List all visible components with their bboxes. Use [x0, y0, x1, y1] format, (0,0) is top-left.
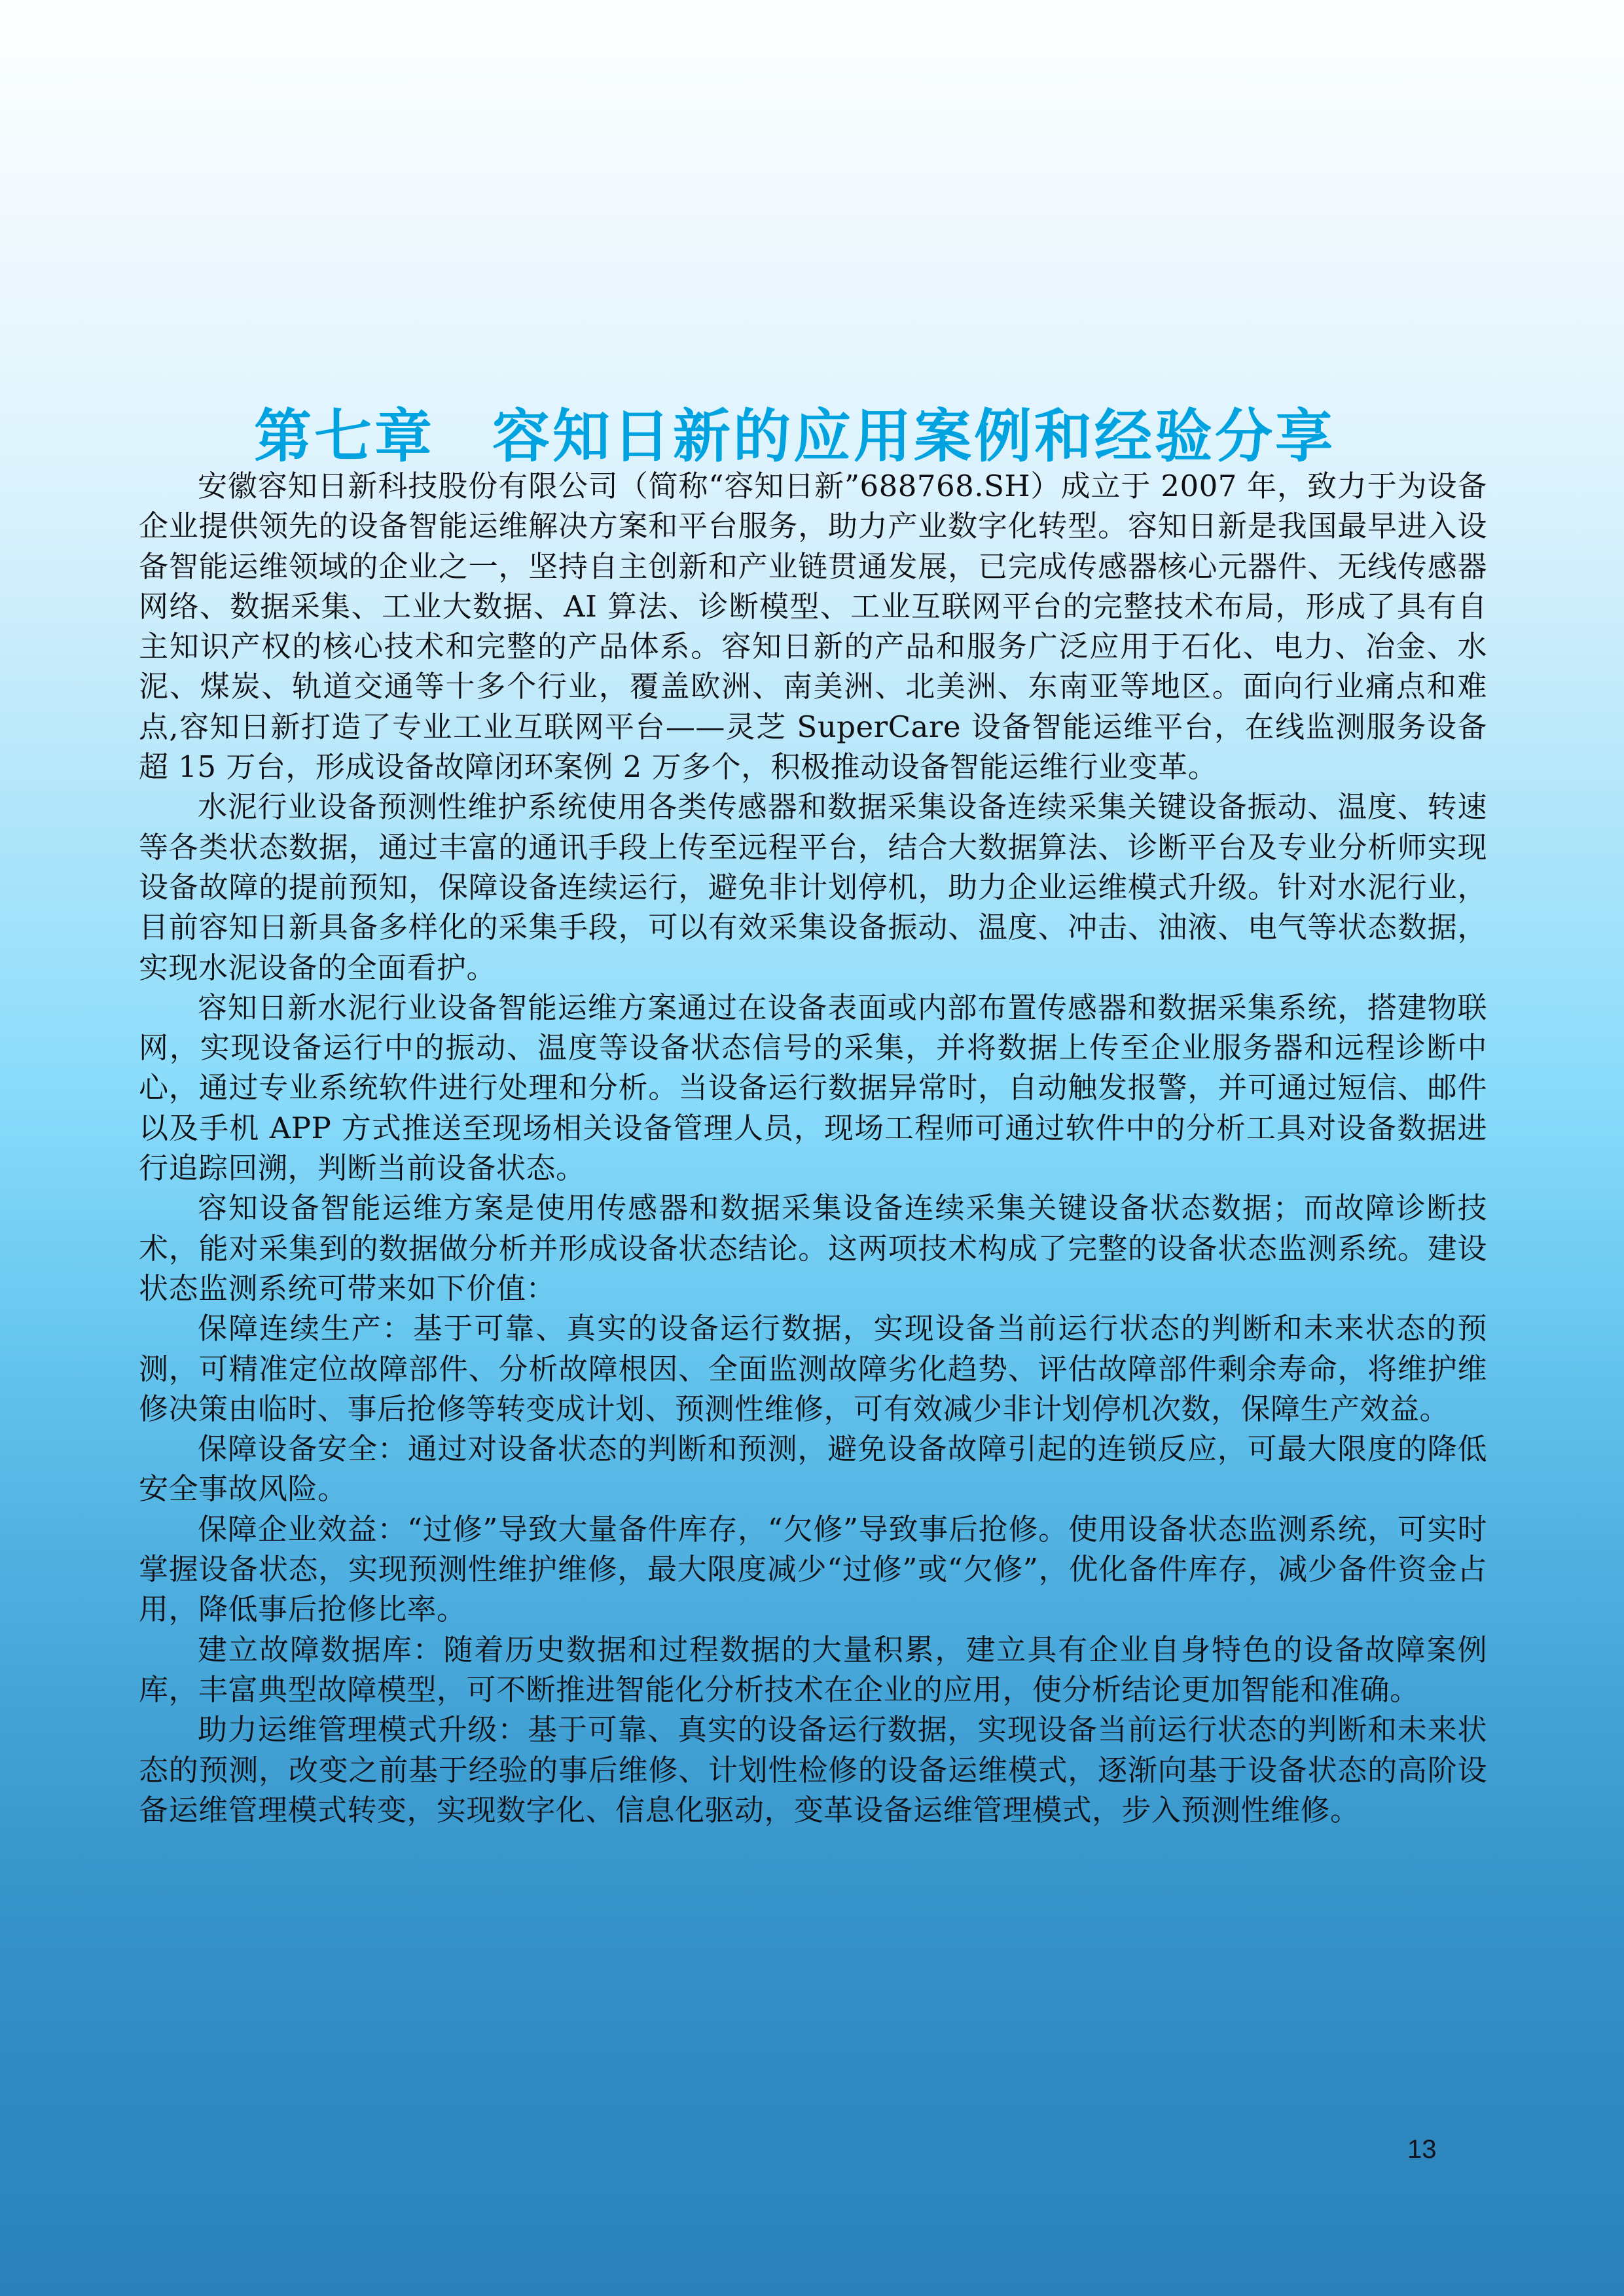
paragraph: 水泥行业设备预测性维护系统使用各类传感器和数据采集设备连续采集关键设备振动、温度… [139, 787, 1487, 987]
paragraph: 容知日新水泥行业设备智能运维方案通过在设备表面或内部布置传感器和数据采集系统，搭… [139, 988, 1487, 1188]
paragraph: 保障连续生产：基于可靠、真实的设备运行数据，实现设备当前运行状态的判断和未来状态… [139, 1308, 1487, 1429]
chapter-title: 第七章容知日新的应用案例和经验分享 [254, 391, 1335, 473]
document-page: 第七章容知日新的应用案例和经验分享 安徽容知日新科技股份有限公司（简称“容知日新… [0, 0, 1624, 2296]
paragraph: 容知设备智能运维方案是使用传感器和数据采集设备连续采集关键设备状态数据；而故障诊… [139, 1188, 1487, 1308]
body-text-block: 安徽容知日新科技股份有限公司（简称“容知日新”688768.SH）成立于 200… [139, 466, 1487, 1830]
paragraph: 安徽容知日新科技股份有限公司（简称“容知日新”688768.SH）成立于 200… [139, 466, 1487, 787]
paragraph: 保障设备安全：通过对设备状态的判断和预测，避免设备故障引起的连锁反应，可最大限度… [139, 1429, 1487, 1509]
paragraph: 建立故障数据库：随着历史数据和过程数据的大量积累，建立具有企业自身特色的设备故障… [139, 1630, 1487, 1710]
chapter-subject: 容知日新的应用案例和经验分享 [492, 404, 1335, 469]
chapter-number: 第七章 [254, 404, 435, 469]
page-number: 13 [1407, 2135, 1437, 2164]
paragraph: 助力运维管理模式升级：基于可靠、真实的设备运行数据，实现设备当前运行状态的判断和… [139, 1710, 1487, 1830]
paragraph: 保障企业效益：“过修”导致大量备件库存，“欠修”导致事后抢修。使用设备状态监测系… [139, 1509, 1487, 1630]
